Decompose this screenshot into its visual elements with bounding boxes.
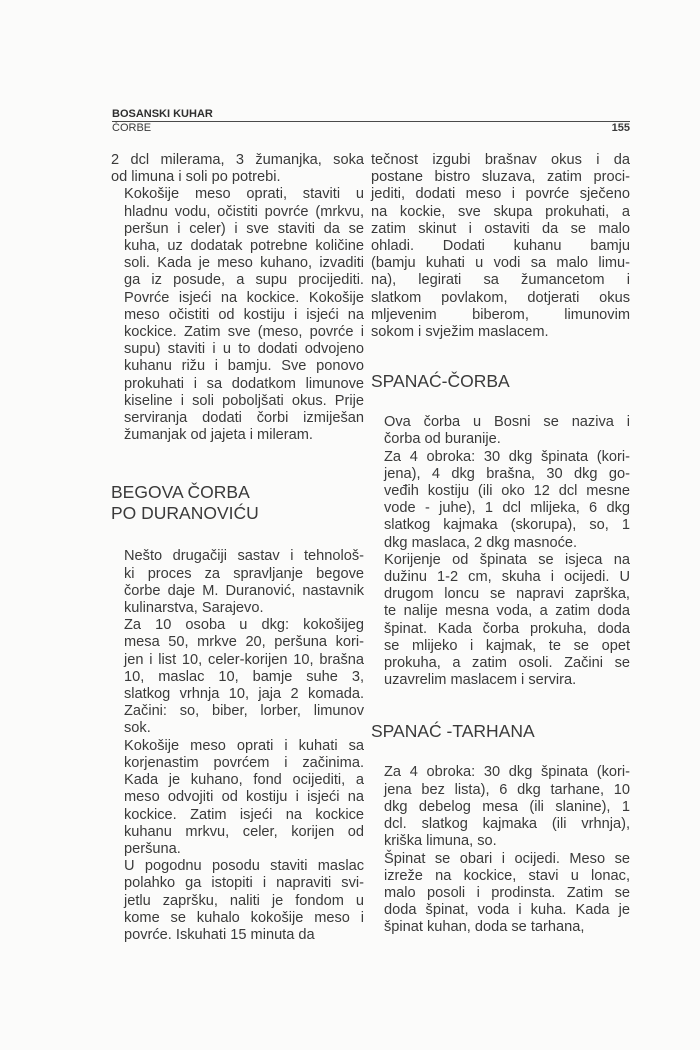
paragraph: Nešto drugačiji sastav i tehnološ-ki pro… bbox=[111, 548, 364, 617]
paragraph: Ova čorba u Bosni se naziva ičorba od bu… bbox=[371, 414, 630, 448]
header-subrow: ČORBE 155 bbox=[112, 122, 630, 134]
paragraph: U pogodnu posodu staviti maslacpolahko g… bbox=[111, 858, 364, 944]
text-line: Za 4 obroka: 30 dkg špinata (kori- bbox=[371, 764, 630, 781]
text-line: meso odvojiti od kostiju i isjeći na bbox=[111, 789, 364, 806]
text-line: jena), 4 dkg brašna, 30 dkg go- bbox=[371, 466, 630, 483]
text-line: Nešto drugačiji sastav i tehnološ- bbox=[111, 548, 364, 565]
text-line: Za 4 obroka: 30 dkg špinata (kori- bbox=[371, 449, 630, 466]
text-line: zatim skinut i ostaviti da se malo bbox=[371, 221, 630, 238]
recipe-heading-spanac-corba: SPANAĆ-ČORBA bbox=[371, 371, 630, 392]
text-line: mesa 50, mrkve 20, peršuna kori- bbox=[111, 634, 364, 651]
text-line: dkg maslaca, 2 dkg masnoće. bbox=[371, 535, 630, 552]
text-line: kuhanu rižu i bamju. Sve ponovo bbox=[111, 358, 364, 375]
spacer bbox=[111, 444, 364, 482]
book-title: BOSANSKI KUHAR bbox=[112, 108, 630, 120]
paragraph: 2 dcl milerama, 3 žumanjka, sokaod limun… bbox=[111, 152, 364, 186]
text-line: čorbe daje M. Duranović, nastavnik bbox=[111, 583, 364, 600]
text-line: špinat. Kada čorba prokuha, doda bbox=[371, 621, 630, 638]
text-line: kome se kuhalo kokošije meso i bbox=[111, 910, 364, 927]
spacer bbox=[371, 742, 630, 764]
text-line: malo posoli i prodinsta. Zatim se bbox=[371, 885, 630, 902]
spacer bbox=[371, 341, 630, 371]
recipe-heading-begova-corba: BEGOVA ČORBAPO DURANOVIĆU bbox=[111, 482, 364, 524]
text-line: (bamju kuhati u vodi sa malo limu- bbox=[371, 255, 630, 272]
text-line: te nalije mesna voda, a zatim doda bbox=[371, 603, 630, 620]
text-line: Za 10 osoba u dkg: kokošijeg bbox=[111, 617, 364, 634]
text-line: kiseline i soli poboljšati okus. Prije bbox=[111, 393, 364, 410]
text-line: slatkog vrhnja 10, jaja 2 komada. bbox=[111, 686, 364, 703]
text-line: veđih kostiju (ili oko 12 dcl mesne bbox=[371, 483, 630, 500]
paragraph: Kokošije meso oprati, staviti uhladnu vo… bbox=[111, 186, 364, 444]
text-line: drugom loncu se napravi zaprška, bbox=[371, 586, 630, 603]
text-line: tečnost izgubi brašnav okus i da bbox=[371, 152, 630, 169]
text-line: kuha, uz dodatak potrebne količine bbox=[111, 238, 364, 255]
text-line: dkg debelog mesa (ili slanine), 1 bbox=[371, 799, 630, 816]
text-line: Ova čorba u Bosni se naziva i bbox=[371, 414, 630, 431]
text-line: 10, maslac 10, bamje suhe 3, bbox=[111, 669, 364, 686]
text-line: korjenastim povrćem i začinima. bbox=[111, 755, 364, 772]
recipe-heading-spanac-tarhana: SPANAĆ -TARHANA bbox=[371, 721, 630, 742]
text-line: od limuna i soli po potrebi. bbox=[111, 169, 364, 186]
text-line: jena bez lista), 6 dkg tarhane, 10 bbox=[371, 782, 630, 799]
text-line: polahko ga istopiti i napraviti svi- bbox=[111, 875, 364, 892]
text-line: Korijenje od špinata se isjeca na bbox=[371, 552, 630, 569]
text-line: ki proces za spravljanje begove bbox=[111, 566, 364, 583]
text-line: slatkog kajmaka (skorupa), so, 1 bbox=[371, 517, 630, 534]
text-line: U pogodnu posodu staviti maslac bbox=[111, 858, 364, 875]
paragraph: Za 4 obroka: 30 dkg špinata (kori-jena),… bbox=[371, 449, 630, 552]
text-line: serviranja dodati čorbi izmiješan bbox=[111, 410, 364, 427]
text-line: na), legirati sa žumancetom i bbox=[371, 272, 630, 289]
text-line: se mlijeko i kajmak, te se opet bbox=[371, 638, 630, 655]
page-number: 155 bbox=[612, 122, 630, 134]
paragraph: tečnost izgubi brašnav okus i dapostane … bbox=[371, 152, 630, 341]
text-line: vode - juhe), 1 dcl mlijeka, 6 dkg bbox=[371, 500, 630, 517]
spacer bbox=[371, 689, 630, 721]
text-line: sok. bbox=[111, 720, 364, 737]
text-line: špinat kuhan, doda se tarhana, bbox=[371, 919, 630, 936]
text-line: na kockie, sve skupa prokuhati, a bbox=[371, 204, 630, 221]
text-line: Začini: so, biber, lorber, limunov bbox=[111, 703, 364, 720]
text-line: ga iz posude, a supu procijediti. bbox=[111, 272, 364, 289]
text-line: žumanjak od jajeta i mileram. bbox=[111, 427, 364, 444]
text-line: doda špinat, voda i kuha. Kada je bbox=[371, 902, 630, 919]
text-line: Kokošije meso oprati, staviti u bbox=[111, 186, 364, 203]
text-line: kockice. Zatim sve (meso, povrće i bbox=[111, 324, 364, 341]
text-line: kulinarstva, Sarajevo. bbox=[111, 600, 364, 617]
text-line: kuhanu mrkvu, celer, korijen od bbox=[111, 824, 364, 841]
text-line: prokuha, a zatim osoli. Začini se bbox=[371, 655, 630, 672]
text-line: mljevenim biberom, limunovim bbox=[371, 307, 630, 324]
paragraph: Korijenje od špinata se isjeca nadužinu … bbox=[371, 552, 630, 690]
text-line: 2 dcl milerama, 3 žumanjka, soka bbox=[111, 152, 364, 169]
text-line: dužinu 1-2 cm, skuha i ocijedi. U bbox=[371, 569, 630, 586]
text-line: jen i list 10, celer-korijen 10, brašna bbox=[111, 652, 364, 669]
text-line: povrće. Iskuhati 15 minuta da bbox=[111, 927, 364, 944]
text-line: sokom i svježim maslacem. bbox=[371, 324, 630, 341]
text-line: prokuhati i sa dodatkom limunove bbox=[111, 376, 364, 393]
text-line: kriška limuna, so. bbox=[371, 833, 630, 850]
text-line: soli. Kada je meso kuhano, izvaditi bbox=[111, 255, 364, 272]
text-line: peršun i celer) i sve staviti da se bbox=[111, 221, 364, 238]
text-line: čorba od buranije. bbox=[371, 431, 630, 448]
text-line: Špinat se obari i ocijedi. Meso se bbox=[371, 851, 630, 868]
text-line: meso očistiti od kostiju i isjeći na bbox=[111, 307, 364, 324]
paragraph: Špinat se obari i ocijedi. Meso seizreže… bbox=[371, 851, 630, 937]
text-line: Kokošije meso oprati i kuhati sa bbox=[111, 738, 364, 755]
text-line: supu) staviti i u to dodati odvojeno bbox=[111, 341, 364, 358]
paragraph: Za 10 osoba u dkg: kokošijegmesa 50, mrk… bbox=[111, 617, 364, 737]
left-column: 2 dcl milerama, 3 žumanjka, sokaod limun… bbox=[111, 152, 364, 944]
text-line: izreže na kockice, stavi u lonac, bbox=[371, 868, 630, 885]
section-title: ČORBE bbox=[112, 122, 151, 134]
paragraph: Za 4 obroka: 30 dkg špinata (kori-jena b… bbox=[371, 764, 630, 850]
text-line: PO DURANOVIĆU bbox=[111, 503, 364, 524]
right-column: tečnost izgubi brašnav okus i dapostane … bbox=[371, 152, 630, 937]
text-line: kockice. Zatim isjeći na kockice bbox=[111, 807, 364, 824]
text-line: postane bistro sluzava, zatim proci- bbox=[371, 169, 630, 186]
running-header: BOSANSKI KUHAR ČORBE 155 bbox=[112, 108, 630, 134]
spacer bbox=[371, 392, 630, 414]
text-line: slatkom povlakom, dotjerati okus bbox=[371, 290, 630, 307]
text-line: jetlu zapršku, naliti je fondom u bbox=[111, 893, 364, 910]
spacer bbox=[111, 524, 364, 548]
text-line: ohladi. Dodati kuhanu bamju bbox=[371, 238, 630, 255]
paragraph: Kokošije meso oprati i kuhati sakorjenas… bbox=[111, 738, 364, 858]
text-line: Kada je kuhano, fond ocijediti, a bbox=[111, 772, 364, 789]
text-line: uzavrelim maslacem i servira. bbox=[371, 672, 630, 689]
text-line: Povrće isjeći na kockice. Kokošije bbox=[111, 290, 364, 307]
text-line: dcl. slatkog kajmaka (ili vrhnja), bbox=[371, 816, 630, 833]
text-line: jediti, dodati meso i povrće sječeno bbox=[371, 186, 630, 203]
text-line: peršuna. bbox=[111, 841, 364, 858]
text-line: hladnu vodu, očistiti povrće (mrkvu, bbox=[111, 204, 364, 221]
text-line: BEGOVA ČORBA bbox=[111, 482, 364, 503]
